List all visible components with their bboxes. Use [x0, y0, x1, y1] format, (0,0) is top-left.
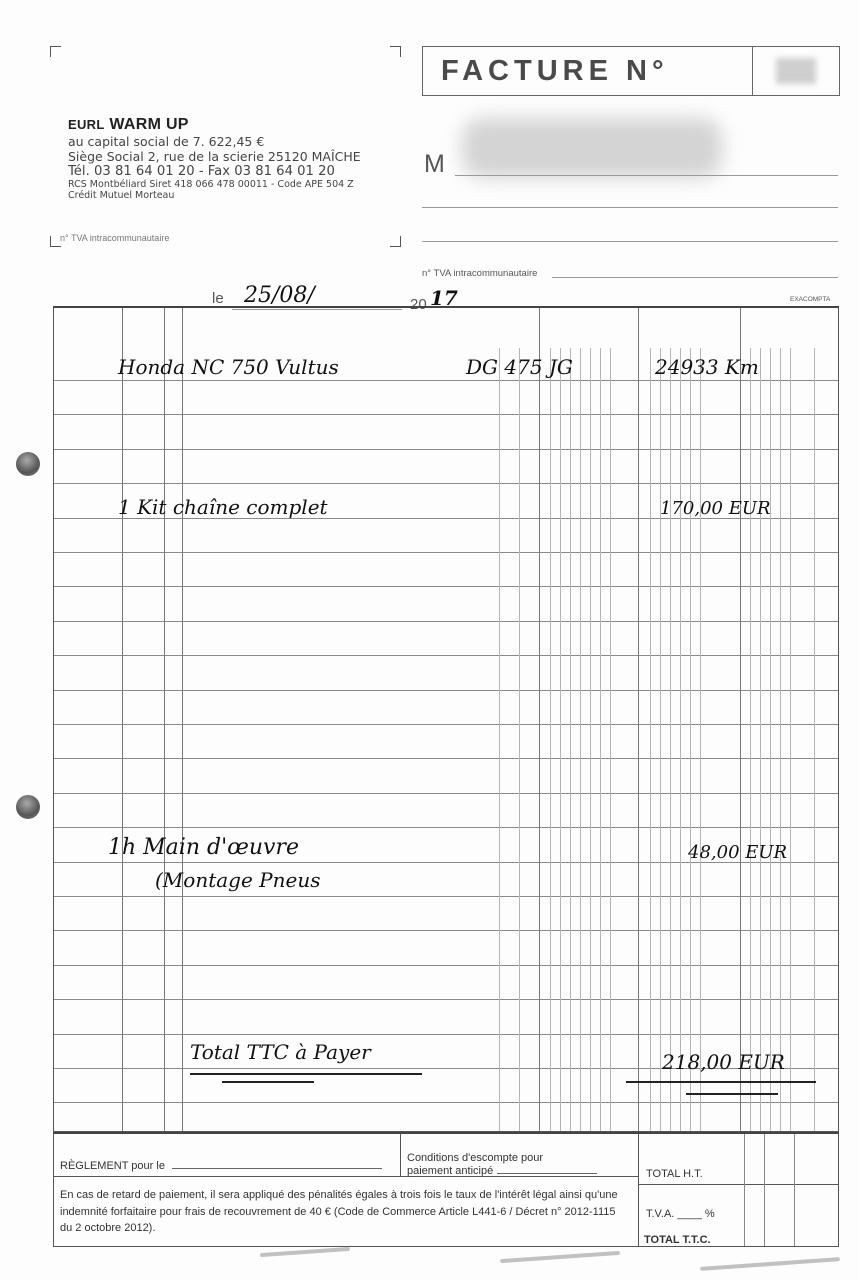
grid-row-line	[54, 655, 838, 656]
grid-column-line	[814, 348, 815, 1131]
discount-field[interactable]: Conditions d'escompte pour paiement anti…	[407, 1152, 597, 1178]
client-address-line[interactable]	[422, 241, 838, 242]
redacted-invoice-number	[776, 58, 816, 84]
divider	[638, 1134, 639, 1246]
discount-label: Conditions d'escompte pour	[407, 1152, 597, 1165]
scan-smudge	[500, 1251, 620, 1263]
grid-row-line	[54, 449, 838, 450]
divider	[744, 1134, 745, 1246]
grid-row-line	[54, 896, 838, 897]
payment-label: RÈGLEMENT pour le	[60, 1160, 165, 1172]
corner-mark	[390, 46, 401, 57]
issuer-registration: RCS Montbéliard Siret 418 066 478 00011 …	[68, 179, 398, 190]
grid-column-line	[660, 348, 661, 1131]
grid-row-line	[54, 724, 838, 725]
total-amount[interactable]: 218,00 EUR	[662, 1050, 785, 1074]
grid-column-line	[790, 348, 791, 1131]
grid-column-line	[690, 348, 691, 1131]
client-vat-line[interactable]	[552, 277, 838, 278]
total-label: Total TTC à Payer	[190, 1040, 371, 1064]
payment-field[interactable]: RÈGLEMENT pour le	[60, 1160, 382, 1172]
redacted-client-name	[462, 118, 722, 178]
grid-column-line	[750, 348, 751, 1131]
grid-column-line	[770, 348, 771, 1131]
date-prefix: le	[212, 290, 224, 307]
divider	[794, 1134, 795, 1246]
line-description[interactable]: Honda NC 750 Vultus	[118, 355, 339, 379]
invoice-title-box: FACTURE N°	[422, 46, 840, 96]
grid-row-line	[54, 1034, 838, 1035]
grid-column-line	[539, 308, 540, 1131]
grid-column-line	[580, 348, 581, 1131]
divider	[638, 1184, 838, 1185]
form-brand: EXACOMPTA	[790, 296, 830, 303]
divider	[764, 1134, 765, 1246]
grid-column-line	[670, 348, 671, 1131]
grid-row-line	[54, 1102, 838, 1103]
total-label-underline	[222, 1081, 314, 1083]
issuer-company-name: WARM UP	[109, 116, 188, 133]
grid-column-line	[760, 348, 761, 1131]
total-ht-label: TOTAL H.T.	[646, 1168, 703, 1180]
line-amount[interactable]: 48,00 EUR	[688, 842, 787, 863]
line-mileage[interactable]: 24933 Km	[655, 355, 759, 379]
grid-row-line	[54, 552, 838, 553]
issuer-vat-label: n° TVA intracommunautaire	[60, 233, 169, 243]
total-amount-underline	[626, 1081, 816, 1083]
line-amount[interactable]: 170,00 EUR	[660, 498, 771, 519]
grid-column-line	[780, 348, 781, 1131]
client-name-line[interactable]	[455, 175, 838, 176]
punch-hole	[16, 452, 40, 476]
grid-column-line	[519, 348, 520, 1131]
client-prefix: M	[424, 150, 445, 179]
grid-column-line	[182, 308, 183, 1131]
discount-label-2: paiement anticipé	[407, 1165, 493, 1177]
issuer-block: EURL WARM UP au capital social de 7. 622…	[68, 116, 398, 201]
line-description-detail[interactable]: (Montage Pneus	[155, 868, 320, 892]
grid-column-line	[122, 308, 123, 1131]
scan-smudge	[260, 1247, 350, 1257]
grid-row-line	[54, 414, 838, 415]
grid-row-line	[54, 930, 838, 931]
line-description[interactable]: 1h Main d'œuvre	[108, 835, 299, 860]
invoice-lines-grid	[53, 306, 839, 1132]
total-ttc-label: TOTAL T.T.C.	[644, 1234, 711, 1246]
issuer-capital: au capital social de 7. 622,45 €	[68, 134, 398, 149]
grid-column-line	[740, 308, 741, 1131]
grid-column-line	[590, 348, 591, 1131]
corner-mark	[390, 236, 401, 247]
issuer-phone: Tél. 03 81 64 01 20 - Fax 03 81 64 01 20	[68, 164, 398, 179]
date-value[interactable]: 25/08/	[244, 283, 315, 308]
grid-row-line	[54, 965, 838, 966]
client-address-line[interactable]	[422, 207, 838, 208]
grid-column-line	[680, 348, 681, 1131]
grid-row-line	[54, 483, 838, 484]
grid-row-line	[54, 999, 838, 1000]
grid-column-line	[550, 348, 551, 1131]
divider	[400, 1134, 401, 1176]
punch-hole	[16, 795, 40, 819]
scan-smudge	[700, 1257, 840, 1271]
grid-row-line	[54, 621, 838, 622]
invoice-title: FACTURE N°	[423, 47, 753, 95]
client-vat-label: n° TVA intracommunautaire	[422, 268, 537, 279]
line-reference[interactable]: DG 475 JG	[466, 355, 573, 379]
grid-row-line	[54, 690, 838, 691]
invoice-footer: RÈGLEMENT pour le Conditions d'escompte …	[53, 1132, 839, 1247]
grid-column-line	[610, 348, 611, 1131]
grid-column-line	[570, 348, 571, 1131]
issuer-address: Siège Social 2, rue de la scierie 25120 …	[68, 149, 398, 164]
grid-column-line	[650, 348, 651, 1131]
grid-column-line	[638, 308, 639, 1131]
grid-row-line	[54, 380, 838, 381]
corner-mark	[50, 46, 61, 57]
date-row: le	[212, 290, 224, 307]
grid-column-line	[560, 348, 561, 1131]
grid-row-line	[54, 758, 838, 759]
issuer-name: EURL WARM UP	[68, 116, 398, 134]
grid-row-line	[54, 793, 838, 794]
issuer-legal-form: EURL	[68, 117, 105, 132]
grid-column-line	[700, 348, 701, 1131]
grid-row-line	[54, 827, 838, 828]
total-label-underline	[190, 1073, 422, 1075]
grid-row-line	[54, 586, 838, 587]
grid-column-line	[600, 348, 601, 1131]
invoice-number-field[interactable]	[753, 47, 839, 95]
tva-label: T.V.A. ____ %	[646, 1208, 715, 1220]
line-description[interactable]: 1 Kit chaîne complet	[118, 495, 328, 519]
late-payment-notice: En cas de retard de paiement, il sera ap…	[60, 1187, 630, 1237]
grid-column-line	[164, 308, 165, 1131]
issuer-bank: Crédit Mutuel Morteau	[68, 190, 398, 201]
total-amount-underline	[686, 1093, 778, 1095]
grid-column-line	[499, 348, 500, 1131]
